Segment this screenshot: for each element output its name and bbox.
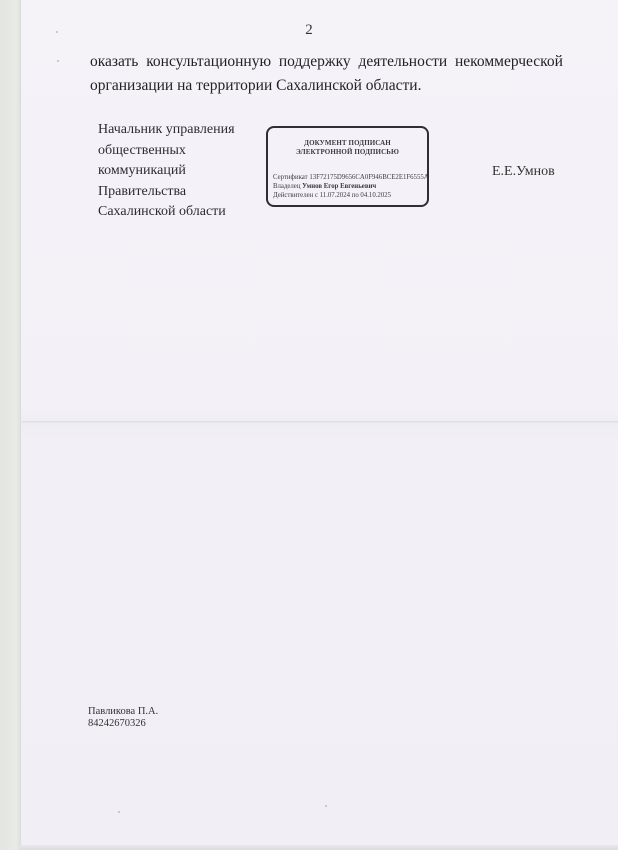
body-text-line-2: организации на территории Сахалинской об… [90, 77, 563, 95]
owner-value: Умнов Егор Евгеньевич [302, 183, 376, 190]
stamp-heading-line: ДОКУМЕНТ ПОДПИСАН [268, 139, 427, 148]
position-line: общественных [98, 141, 235, 162]
page-number: 2 [0, 22, 618, 39]
scan-speck [57, 60, 59, 62]
certificate-label: Сертификат [273, 174, 308, 181]
position-line: Начальник управления [98, 120, 235, 141]
paper-fold-line [20, 421, 618, 423]
position-line: Правительства [98, 182, 235, 203]
stamp-owner: Владелец Умнов Егор Евгеньевич [273, 182, 429, 191]
owner-label: Владелец [273, 183, 300, 190]
scanner-edge-strip [0, 0, 20, 850]
paper-bottom-edge [20, 845, 618, 850]
body-word: деятельности [358, 53, 447, 71]
position-line: Сахалинской области [98, 202, 235, 223]
stamp-heading-line: ЭЛЕКТРОННОЙ ПОДПИСЬЮ [268, 148, 427, 157]
body-word: консультационную [146, 53, 271, 71]
stamp-certificate: Сертификат 13F72175D9656CA0F946BCE2E1F65… [273, 173, 429, 182]
scan-speck [325, 805, 327, 807]
signer-name: Е.Е.Умнов [492, 164, 555, 180]
position-line: коммуникаций [98, 161, 235, 182]
signer-position: Начальник управления общественных коммун… [98, 120, 235, 223]
executor-name: Павликова П.А. [88, 706, 158, 718]
body-word: оказать [90, 53, 138, 71]
stamp-details: Сертификат 13F72175D9656CA0F946BCE2E1F65… [273, 173, 429, 200]
stamp-heading: ДОКУМЕНТ ПОДПИСАН ЭЛЕКТРОННОЙ ПОДПИСЬЮ [268, 139, 427, 157]
executor-phone: 84242670326 [88, 718, 158, 730]
electronic-signature-stamp: ДОКУМЕНТ ПОДПИСАН ЭЛЕКТРОННОЙ ПОДПИСЬЮ С… [266, 126, 429, 207]
body-text-line-1: оказать консультационную поддержку деяте… [90, 53, 563, 71]
stamp-validity: Действителен с 11.07.2024 по 04.10.2025 [273, 191, 429, 200]
executor-info: Павликова П.А. 84242670326 [88, 706, 158, 730]
body-word: некоммерческой [455, 53, 563, 71]
certificate-value: 13F72175D9656CA0F946BCE2E1F6555A [309, 174, 428, 181]
scan-speck [118, 811, 120, 813]
body-word: поддержку [279, 53, 351, 71]
